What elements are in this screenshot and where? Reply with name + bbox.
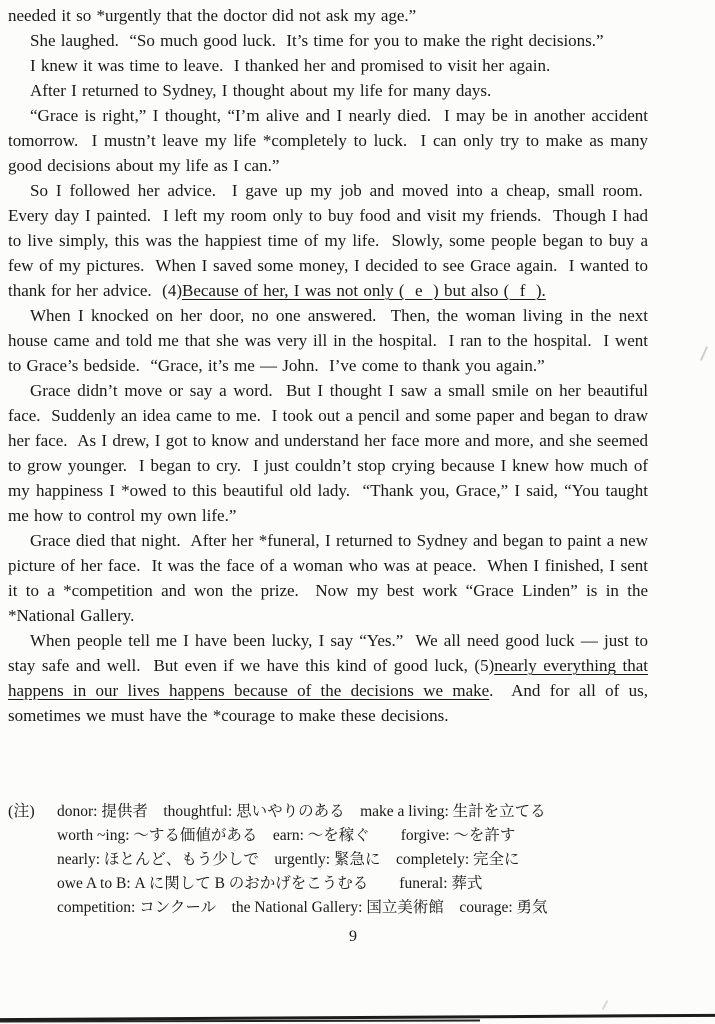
vocabulary-note-line: owe A to B: A に関して B のおかげをこうむる funeral: …: [57, 872, 668, 896]
text-segment: I knew it was time to leave. I thanked h…: [30, 56, 550, 75]
passage-paragraph: She laughed. “So much good luck. It’s ti…: [8, 28, 648, 53]
passage-paragraph: Grace didn’t move or say a word. But I t…: [8, 378, 648, 528]
text-segment: Grace didn’t move or say a word. But I t…: [8, 381, 648, 525]
text-segment: Grace died that night. After her *funera…: [8, 531, 648, 625]
passage-paragraph: After I returned to Sydney, I thought ab…: [8, 78, 648, 103]
text-segment: When I knocked on her door, no one answe…: [8, 306, 648, 375]
scan-artifact-mark: [602, 1000, 608, 1010]
notes-label: (注): [8, 800, 48, 824]
vocabulary-note-line: worth ~ing: ～する価値がある earn: ～を稼ぐ forgive:…: [57, 824, 668, 848]
passage-paragraph: When I knocked on her door, no one answe…: [8, 303, 648, 378]
passage-paragraph: “Grace is right,” I thought, “I’m alive …: [8, 103, 648, 178]
vocabulary-note-line: donor: 提供者 thoughtful: 思いやりのある make a li…: [57, 800, 668, 824]
vocabulary-note-line: nearly: ほとんど、もう少しで urgently: 緊急に complet…: [57, 848, 668, 872]
page-number: 9: [0, 928, 706, 946]
underlined-text: Because of her, I was not only ( e ) but…: [182, 281, 546, 300]
notes-section: (注) donor: 提供者 thoughtful: 思いやりのある make …: [8, 800, 668, 920]
text-segment: After I returned to Sydney, I thought ab…: [30, 81, 491, 100]
document-page: needed it so *urgently that the doctor d…: [0, 0, 715, 1024]
scan-artifact-line: [0, 1019, 480, 1022]
scan-artifact-mark: [700, 346, 708, 361]
passage-paragraph: needed it so *urgently that the doctor d…: [8, 3, 648, 28]
passage-paragraph: So I followed her advice. I gave up my j…: [8, 178, 648, 303]
notes-lines: donor: 提供者 thoughtful: 思いやりのある make a li…: [48, 800, 668, 920]
passage: needed it so *urgently that the doctor d…: [8, 3, 648, 728]
text-segment: needed it so *urgently that the doctor d…: [8, 6, 416, 25]
text-segment: “Grace is right,” I thought, “I’m alive …: [8, 106, 648, 175]
passage-paragraph: Grace died that night. After her *funera…: [8, 528, 648, 628]
vocabulary-note-line: competition: コンクール the National Gallery:…: [57, 896, 668, 920]
text-segment: She laughed. “So much good luck. It’s ti…: [30, 31, 604, 50]
passage-paragraph: I knew it was time to leave. I thanked h…: [8, 53, 648, 78]
passage-paragraph: When people tell me I have been lucky, I…: [8, 628, 648, 728]
